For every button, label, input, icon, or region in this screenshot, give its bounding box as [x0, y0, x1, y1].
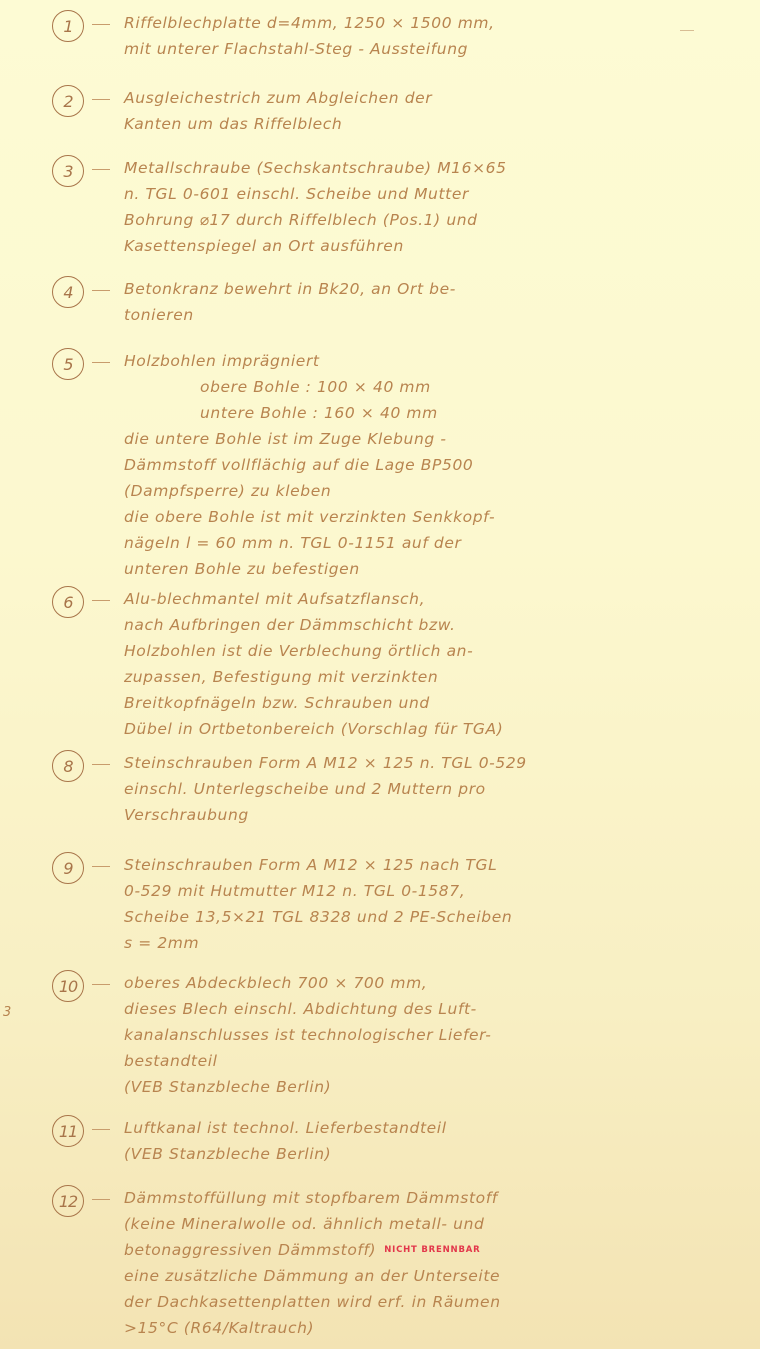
note-line: Riffelblechplatte d=4mm, 1250 × 1500 mm, — [124, 10, 734, 36]
note-line: Steinschrauben Form A M12 × 125 nach TGL — [124, 852, 734, 878]
note-line: Steinschrauben Form A M12 × 125 n. TGL 0… — [124, 750, 734, 776]
note-line: mit unterer Flachstahl-Steg - Aussteifun… — [124, 36, 734, 62]
note-text: Ausgleichestrich zum Abgleichen derKante… — [124, 85, 734, 137]
leader-dash — [92, 1129, 110, 1130]
note-line: untere Bohle : 160 × 40 mm — [124, 400, 734, 426]
leader-dash — [92, 99, 110, 100]
note-line: unteren Bohle zu befestigen — [124, 556, 734, 582]
item-number-circle: 1 — [52, 10, 84, 42]
item-number-circle: 6 — [52, 586, 84, 618]
note-text: Metallschraube (Sechskantschraube) M16×6… — [124, 155, 734, 259]
note-line: Bohrung ⌀17 durch Riffelblech (Pos.1) un… — [124, 207, 734, 233]
item-number-circle: 11 — [52, 1115, 84, 1147]
note-line: Scheibe 13,5×21 TGL 8328 und 2 PE-Scheib… — [124, 904, 734, 930]
item-number-circle: 10 — [52, 970, 84, 1002]
note-line: Metallschraube (Sechskantschraube) M16×6… — [124, 155, 734, 181]
note-line-text: eine zusätzliche Dämmung an der Untersei… — [124, 1267, 500, 1285]
leader-dash — [92, 362, 110, 363]
note-line: Kasettenspiegel an Ort ausführen — [124, 233, 734, 259]
note-text: Betonkranz bewehrt in Bk20, an Ort be-to… — [124, 276, 734, 328]
margin-mark: 3 — [3, 1005, 11, 1020]
not-flammable-stamp: NICHT BRENNBAR — [384, 1237, 480, 1263]
note-line: (VEB Stanzbleche Berlin) — [124, 1074, 734, 1100]
note-text: Holzbohlen imprägniertobere Bohle : 100 … — [124, 348, 734, 582]
note-line-text: Bohrung ⌀17 durch Riffelblech (Pos.1) un… — [124, 211, 478, 229]
note-text: Dämmstoffüllung mit stopfbarem Dämmstoff… — [124, 1185, 734, 1341]
note-line-text: (Dampfsperre) zu kleben — [124, 482, 331, 500]
note-line-text: >15°C (R64/Kaltrauch) — [124, 1319, 314, 1337]
note-line: Dübel in Ortbetonbereich (Vorschlag für … — [124, 716, 734, 742]
note-line: >15°C (R64/Kaltrauch) — [124, 1315, 734, 1341]
note-line-text: die untere Bohle ist im Zuge Klebung - — [124, 430, 447, 448]
note-line-text: Scheibe 13,5×21 TGL 8328 und 2 PE-Scheib… — [124, 908, 512, 926]
note-line: nägeln l = 60 mm n. TGL 0-1151 auf der — [124, 530, 734, 556]
note-line: nach Aufbringen der Dämmschicht bzw. — [124, 612, 734, 638]
note-line: obere Bohle : 100 × 40 mm — [124, 374, 734, 400]
note-line-text: Breitkopfnägeln bzw. Schrauben und — [124, 694, 430, 712]
note-line: Betonkranz bewehrt in Bk20, an Ort be- — [124, 276, 734, 302]
note-line-text: bestandteil — [124, 1052, 218, 1070]
item-number-circle: 2 — [52, 85, 84, 117]
item-number-circle: 4 — [52, 276, 84, 308]
note-line: dieses Blech einschl. Abdichtung des Luf… — [124, 996, 734, 1022]
note-line-text: Dämmstoffüllung mit stopfbarem Dämmstoff — [124, 1189, 498, 1207]
note-line-text: (keine Mineralwolle od. ähnlich metall- … — [124, 1215, 484, 1233]
note-text: Riffelblechplatte d=4mm, 1250 × 1500 mm,… — [124, 10, 734, 62]
note-line: kanalanschlusses ist technologischer Lie… — [124, 1022, 734, 1048]
note-line: zupassen, Befestigung mit verzinkten — [124, 664, 734, 690]
leader-dash — [92, 600, 110, 601]
note-line: betonaggressiven Dämmstoff)NICHT BRENNBA… — [124, 1237, 734, 1263]
note-line-text: dieses Blech einschl. Abdichtung des Luf… — [124, 1000, 477, 1018]
note-text: Luftkanal ist technol. Lieferbestandteil… — [124, 1115, 734, 1167]
note-line-text: einschl. Unterlegscheibe und 2 Muttern p… — [124, 780, 486, 798]
note-line: Alu-blechmantel mit Aufsatzflansch, — [124, 586, 734, 612]
note-line-text: tonieren — [124, 306, 194, 324]
note-line: (VEB Stanzbleche Berlin) — [124, 1141, 734, 1167]
leader-dash — [92, 866, 110, 867]
note-text: oberes Abdeckblech 700 × 700 mm,dieses B… — [124, 970, 734, 1100]
note-line: Holzbohlen imprägniert — [124, 348, 734, 374]
note-line-text: s = 2mm — [124, 934, 199, 952]
note-line-text: Verschraubung — [124, 806, 249, 824]
leader-dash — [92, 24, 110, 25]
note-line-text: der Dachkasettenplatten wird erf. in Räu… — [124, 1293, 501, 1311]
note-text: Steinschrauben Form A M12 × 125 n. TGL 0… — [124, 750, 734, 828]
note-line-text: Holzbohlen ist die Verblechung örtlich a… — [124, 642, 473, 660]
note-line-text: Kasettenspiegel an Ort ausführen — [124, 237, 404, 255]
item-number-circle: 12 — [52, 1185, 84, 1217]
note-line-text: n. TGL 0-601 einschl. Scheibe und Mutter — [124, 185, 469, 203]
item-number-circle: 9 — [52, 852, 84, 884]
note-line-text: Alu-blechmantel mit Aufsatzflansch, — [124, 590, 425, 608]
note-line-text: Holzbohlen imprägniert — [124, 352, 320, 370]
item-number-circle: 5 — [52, 348, 84, 380]
note-line-text: (VEB Stanzbleche Berlin) — [124, 1078, 331, 1096]
note-line: der Dachkasettenplatten wird erf. in Räu… — [124, 1289, 734, 1315]
note-line: Verschraubung — [124, 802, 734, 828]
note-line-text: nach Aufbringen der Dämmschicht bzw. — [124, 616, 456, 634]
note-line-text: Dübel in Ortbetonbereich (Vorschlag für … — [124, 720, 503, 738]
leader-dash — [92, 1199, 110, 1200]
note-line: (Dampfsperre) zu kleben — [124, 478, 734, 504]
note-line: oberes Abdeckblech 700 × 700 mm, — [124, 970, 734, 996]
note-line-text: unteren Bohle zu befestigen — [124, 560, 360, 578]
note-line-text: Riffelblechplatte d=4mm, 1250 × 1500 mm, — [124, 14, 495, 32]
note-line: tonieren — [124, 302, 734, 328]
note-line-text: obere Bohle : 100 × 40 mm — [200, 378, 431, 396]
note-line: Breitkopfnägeln bzw. Schrauben und — [124, 690, 734, 716]
note-line-text: (VEB Stanzbleche Berlin) — [124, 1145, 331, 1163]
note-line-text: die obere Bohle ist mit verzinkten Senkk… — [124, 508, 495, 526]
leader-dash — [92, 764, 110, 765]
note-text: Alu-blechmantel mit Aufsatzflansch,nach … — [124, 586, 734, 742]
note-line: eine zusätzliche Dämmung an der Untersei… — [124, 1263, 734, 1289]
note-line: 0-529 mit Hutmutter M12 n. TGL 0-1587, — [124, 878, 734, 904]
note-line: einschl. Unterlegscheibe und 2 Muttern p… — [124, 776, 734, 802]
leader-dash — [92, 290, 110, 291]
handwritten-notes-page: 3 1Riffelblechplatte d=4mm, 1250 × 1500 … — [0, 0, 760, 1349]
note-line: Holzbohlen ist die Verblechung örtlich a… — [124, 638, 734, 664]
item-number-circle: 8 — [52, 750, 84, 782]
note-line-text: betonaggressiven Dämmstoff) — [124, 1241, 376, 1259]
note-line: Luftkanal ist technol. Lieferbestandteil — [124, 1115, 734, 1141]
note-line-text: untere Bohle : 160 × 40 mm — [200, 404, 438, 422]
note-line: n. TGL 0-601 einschl. Scheibe und Mutter — [124, 181, 734, 207]
note-line-text: Metallschraube (Sechskantschraube) M16×6… — [124, 159, 507, 177]
note-line: bestandteil — [124, 1048, 734, 1074]
note-line-text: Dämmstoff vollflächig auf die Lage BP500 — [124, 456, 473, 474]
note-line: die obere Bohle ist mit verzinkten Senkk… — [124, 504, 734, 530]
note-line-text: nägeln l = 60 mm n. TGL 0-1151 auf der — [124, 534, 461, 552]
note-line-text: Ausgleichestrich zum Abgleichen der — [124, 89, 432, 107]
note-line-text: Steinschrauben Form A M12 × 125 nach TGL — [124, 856, 497, 874]
note-line-text: mit unterer Flachstahl-Steg - Aussteifun… — [124, 40, 468, 58]
note-line-text: Luftkanal ist technol. Lieferbestandteil — [124, 1119, 447, 1137]
note-line: Kanten um das Riffelblech — [124, 111, 734, 137]
note-line-text: 0-529 mit Hutmutter M12 n. TGL 0-1587, — [124, 882, 465, 900]
note-line-text: Betonkranz bewehrt in Bk20, an Ort be- — [124, 280, 456, 298]
note-line: Ausgleichestrich zum Abgleichen der — [124, 85, 734, 111]
note-line: (keine Mineralwolle od. ähnlich metall- … — [124, 1211, 734, 1237]
note-line-text: Kanten um das Riffelblech — [124, 115, 342, 133]
leader-dash — [92, 984, 110, 985]
note-line: die untere Bohle ist im Zuge Klebung - — [124, 426, 734, 452]
note-text: Steinschrauben Form A M12 × 125 nach TGL… — [124, 852, 734, 956]
leader-dash — [92, 169, 110, 170]
note-line-text: zupassen, Befestigung mit verzinkten — [124, 668, 438, 686]
note-line: s = 2mm — [124, 930, 734, 956]
note-line: Dämmstoff vollflächig auf die Lage BP500 — [124, 452, 734, 478]
note-line-text: oberes Abdeckblech 700 × 700 mm, — [124, 974, 427, 992]
note-line-text: Steinschrauben Form A M12 × 125 n. TGL 0… — [124, 754, 527, 772]
item-number-circle: 3 — [52, 155, 84, 187]
note-line: Dämmstoffüllung mit stopfbarem Dämmstoff — [124, 1185, 734, 1211]
note-line-text: kanalanschlusses ist technologischer Lie… — [124, 1026, 492, 1044]
